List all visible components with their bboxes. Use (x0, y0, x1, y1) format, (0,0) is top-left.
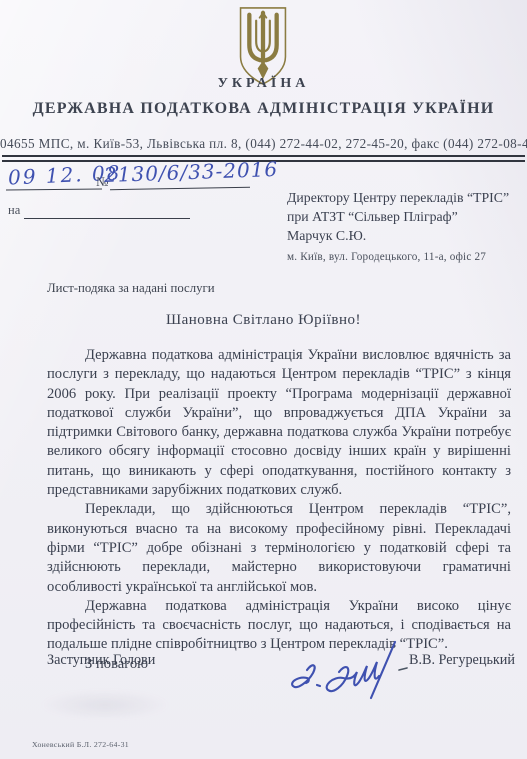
paper-ghost-smudge (40, 690, 170, 720)
recipient-line: при АТЗТ “Сільвер Пліграф” (287, 207, 523, 226)
reply-to-underline (24, 218, 190, 219)
body-paragraph-3: Державна податкова адміністрація України… (47, 597, 511, 655)
subject-line: Лист-подяка за надані послуги (47, 281, 215, 296)
letterhead-address: 04655 МПС, м. Київ-53, Львівська пл. 8, … (0, 136, 527, 152)
recipient-line: Марчук С.Ю. (287, 226, 523, 245)
recipient-address: м. Київ, вул. Городецького, 11-а, офіс 2… (287, 251, 523, 263)
handwritten-outgoing-number: 2130/6/33-2016 (104, 157, 279, 187)
signer-position: Заступник Голови (47, 652, 155, 669)
scanned-letter-page: УКРАЇНА ДЕРЖАВНА ПОДАТКОВА АДМІНІСТРАЦІЯ… (0, 0, 527, 759)
letterhead-country: УКРАЇНА (0, 76, 527, 92)
number-underline (110, 187, 250, 190)
date-underline (6, 188, 102, 190)
executor-footnote: Хоневський Б.Л. 272-64-31 (32, 740, 129, 749)
body-paragraph-2: Переклади, що здійснюються Центром перек… (47, 500, 511, 596)
body-paragraph-1: Державна податкова адміністрація України… (47, 346, 511, 500)
salutation: Шановна Світлано Юріївно! (0, 312, 527, 329)
reply-to-label: на (8, 203, 20, 218)
recipient-block: Директору Центру перекладів “ТРІС” при А… (287, 188, 523, 245)
letter-body: Державна податкова адміністрація України… (47, 346, 511, 674)
letterhead-organization: ДЕРЖАВНА ПОДАТКОВА АДМІНІСТРАЦІЯ УКРАЇНИ (0, 100, 527, 118)
recipient-line: Директору Центру перекладів “ТРІС” (287, 188, 523, 207)
signer-name: В.В. Регурецький (409, 652, 515, 669)
handwritten-signature-icon (283, 632, 415, 720)
